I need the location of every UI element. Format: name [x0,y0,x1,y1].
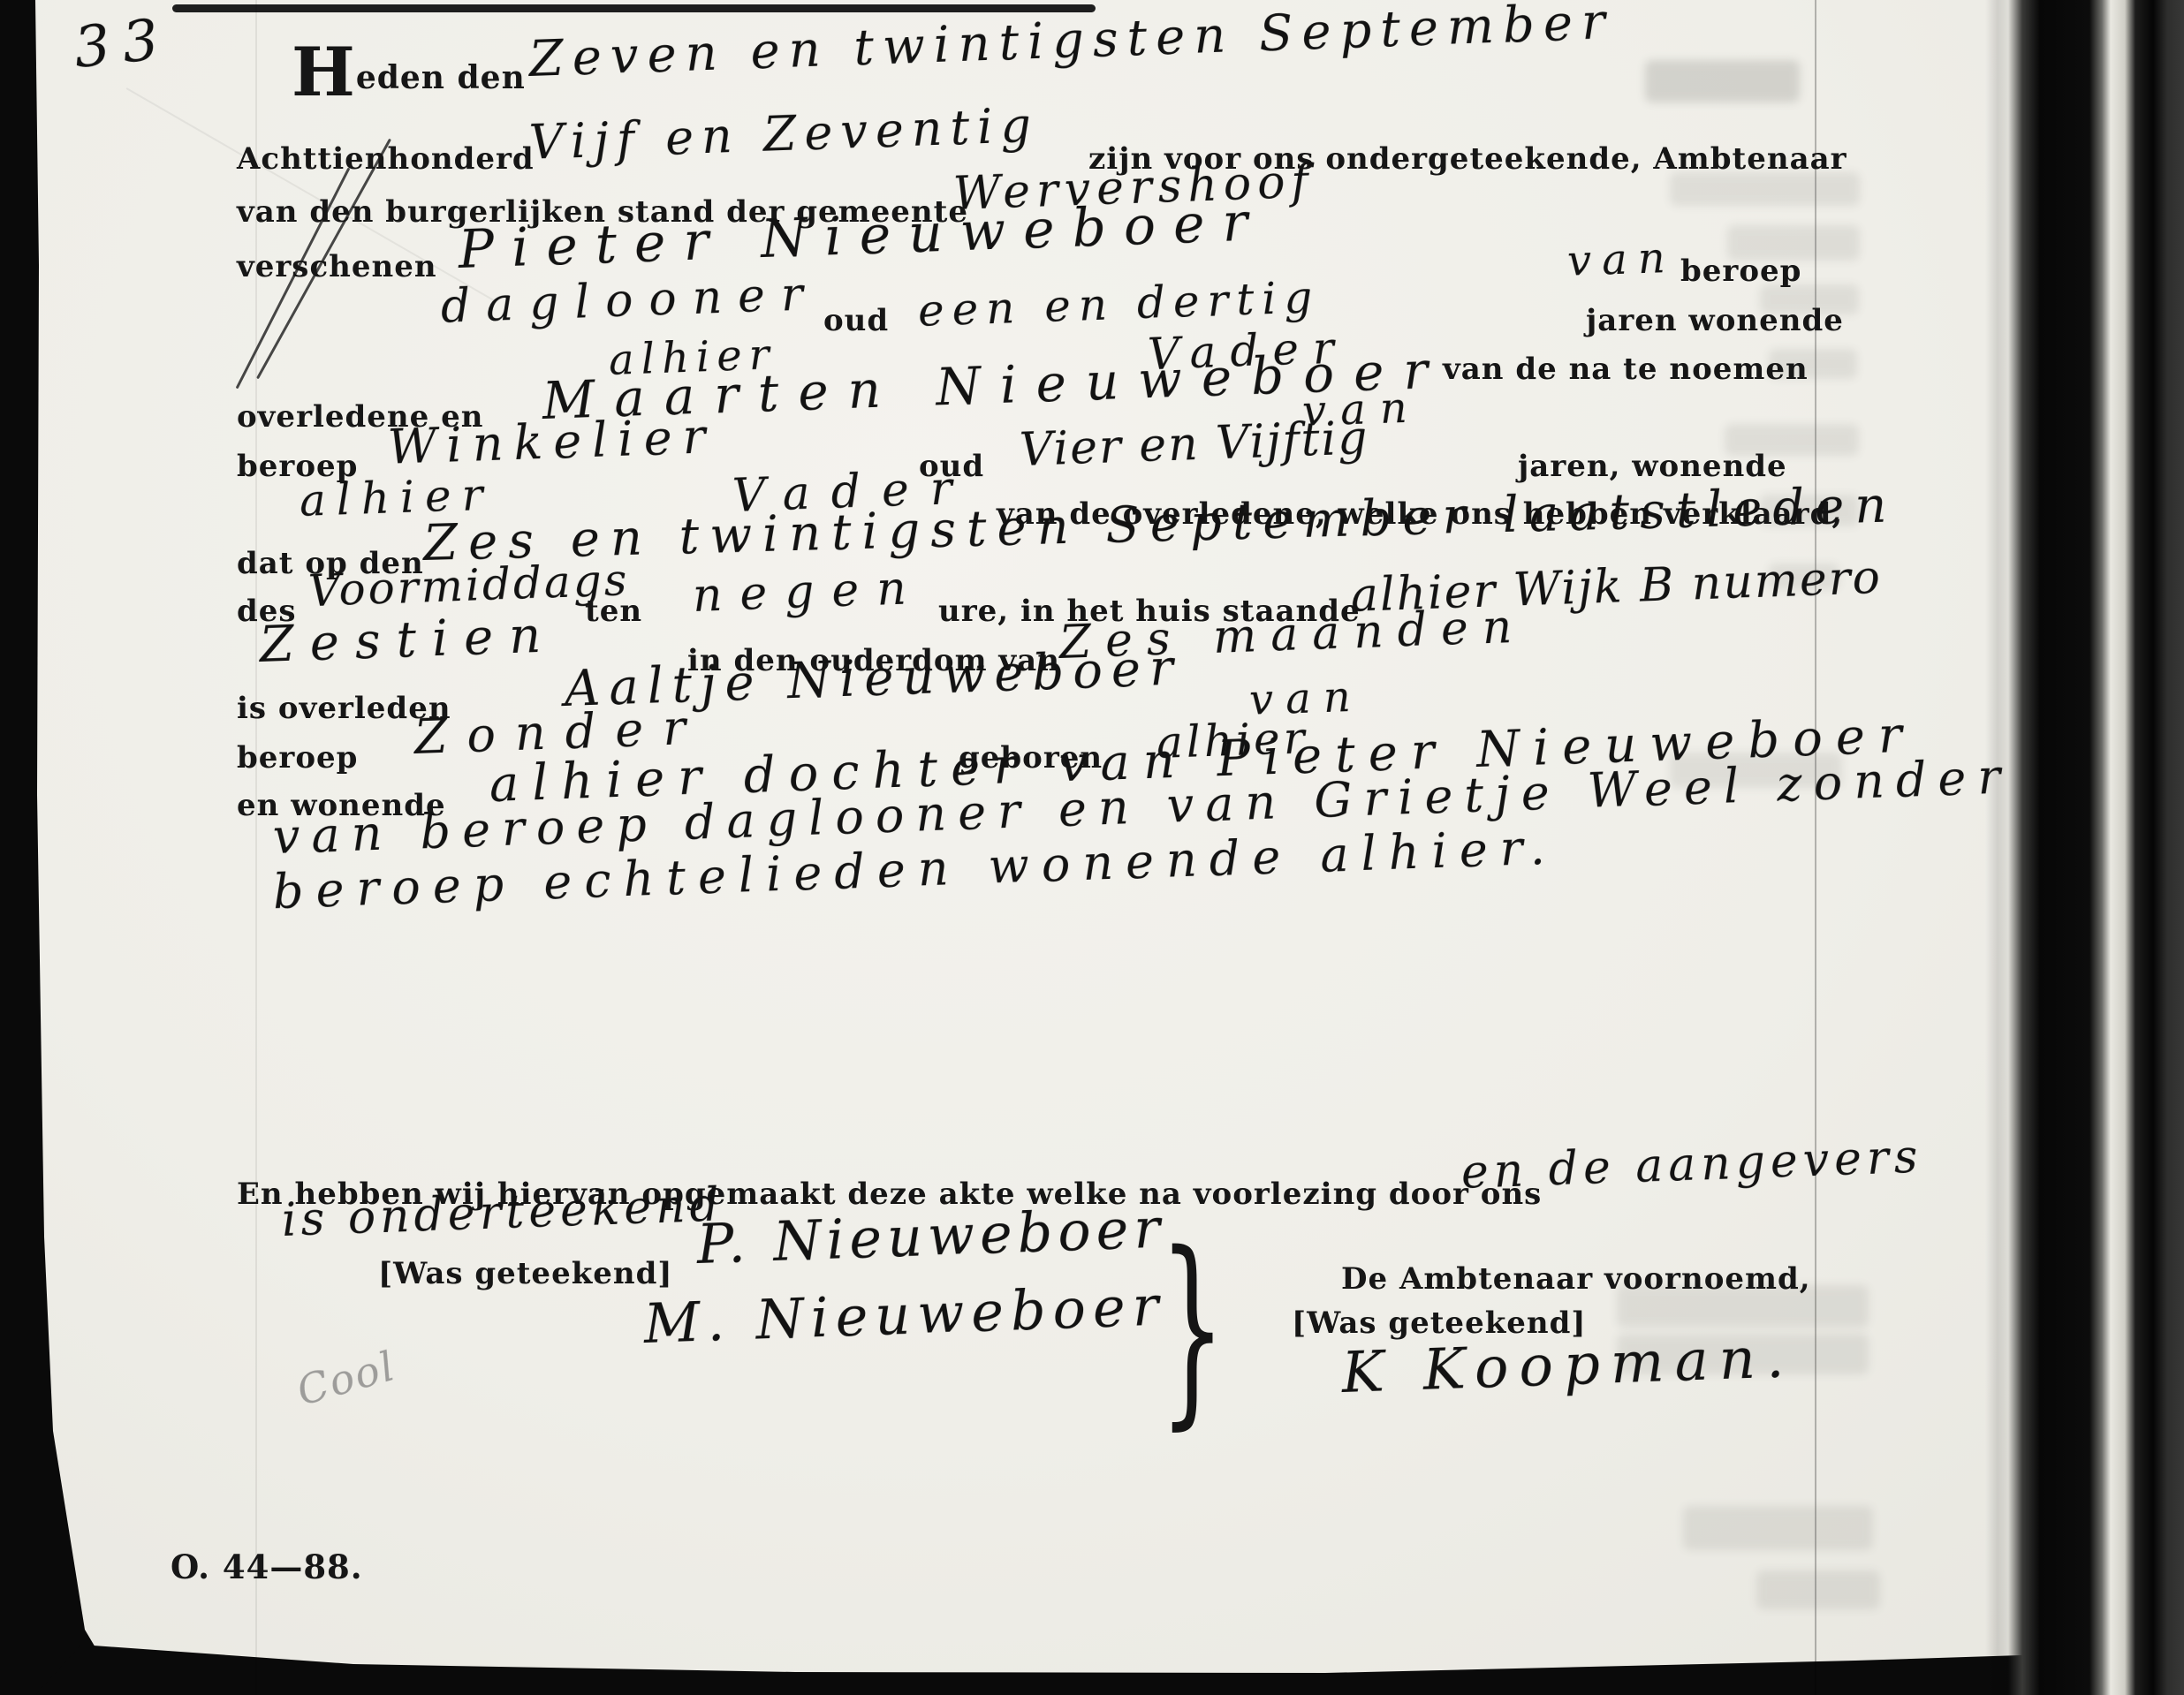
entry-van1: van [1566,233,1677,286]
act-number: 33 [71,6,174,81]
entry-day-month: Zeven en twintigsten September [528,0,1615,88]
label-oud1: oud [823,303,889,338]
label-na-te-noemen: van de na te noemen [1443,352,1809,387]
label-beroep3: beroep [237,740,358,776]
entry-declarant2-age: Vier en Vijftig [1019,412,1370,477]
label-beroep1: beroep [1680,253,1801,289]
bleedthrough-mark [1670,172,1860,206]
entry-aangevers: en de aangevers [1460,1131,1923,1199]
label-ambtenaar-voornoemd: De Ambtenaar voornoemd, [1341,1261,1811,1297]
film-edge-left [0,0,124,1695]
bleedthrough-mark [1683,1506,1873,1550]
form-code: O. 44—88. [171,1547,363,1586]
entry-year: Vijf en Zeventig [528,97,1040,170]
entry-huisnummer: Zestien [259,606,557,674]
bleedthrough-mark [1645,60,1800,102]
label-jaren-wonende1: jaren wonende [1586,303,1844,338]
label-heden-den: Heden den [292,42,526,102]
signature-brace: } [1159,1208,1225,1448]
film-edge-bottom [0,1625,2184,1695]
entry-uur: negen [692,562,925,623]
death-certificate-scan: 33 Heden den Zeven en twintigsten Septem… [0,0,2184,1695]
label-was-geteekend-left: [Was geteekend] [378,1256,672,1291]
label-heden-den-rest: eden den [356,59,526,96]
film-line-top [172,4,1096,12]
label-jaren-wonende2: jaren, wonende [1518,449,1787,484]
label-verschenen: verschenen [237,249,437,284]
label-ten: ten [585,594,642,629]
dropcap-h: H [292,33,356,111]
binding-shadow-band [1985,0,2184,1695]
bleedthrough-mark [1756,1570,1880,1609]
entry-declarant2-beroep: Winkelier [387,408,717,475]
signature-declarant2: M. Nieuweboer [642,1273,1166,1356]
pencil-scribble: Cool [292,1342,401,1415]
label-achttienhonderd: Achttienhonderd [237,141,535,177]
entry-dagdeel: Voormiddags [307,554,630,617]
